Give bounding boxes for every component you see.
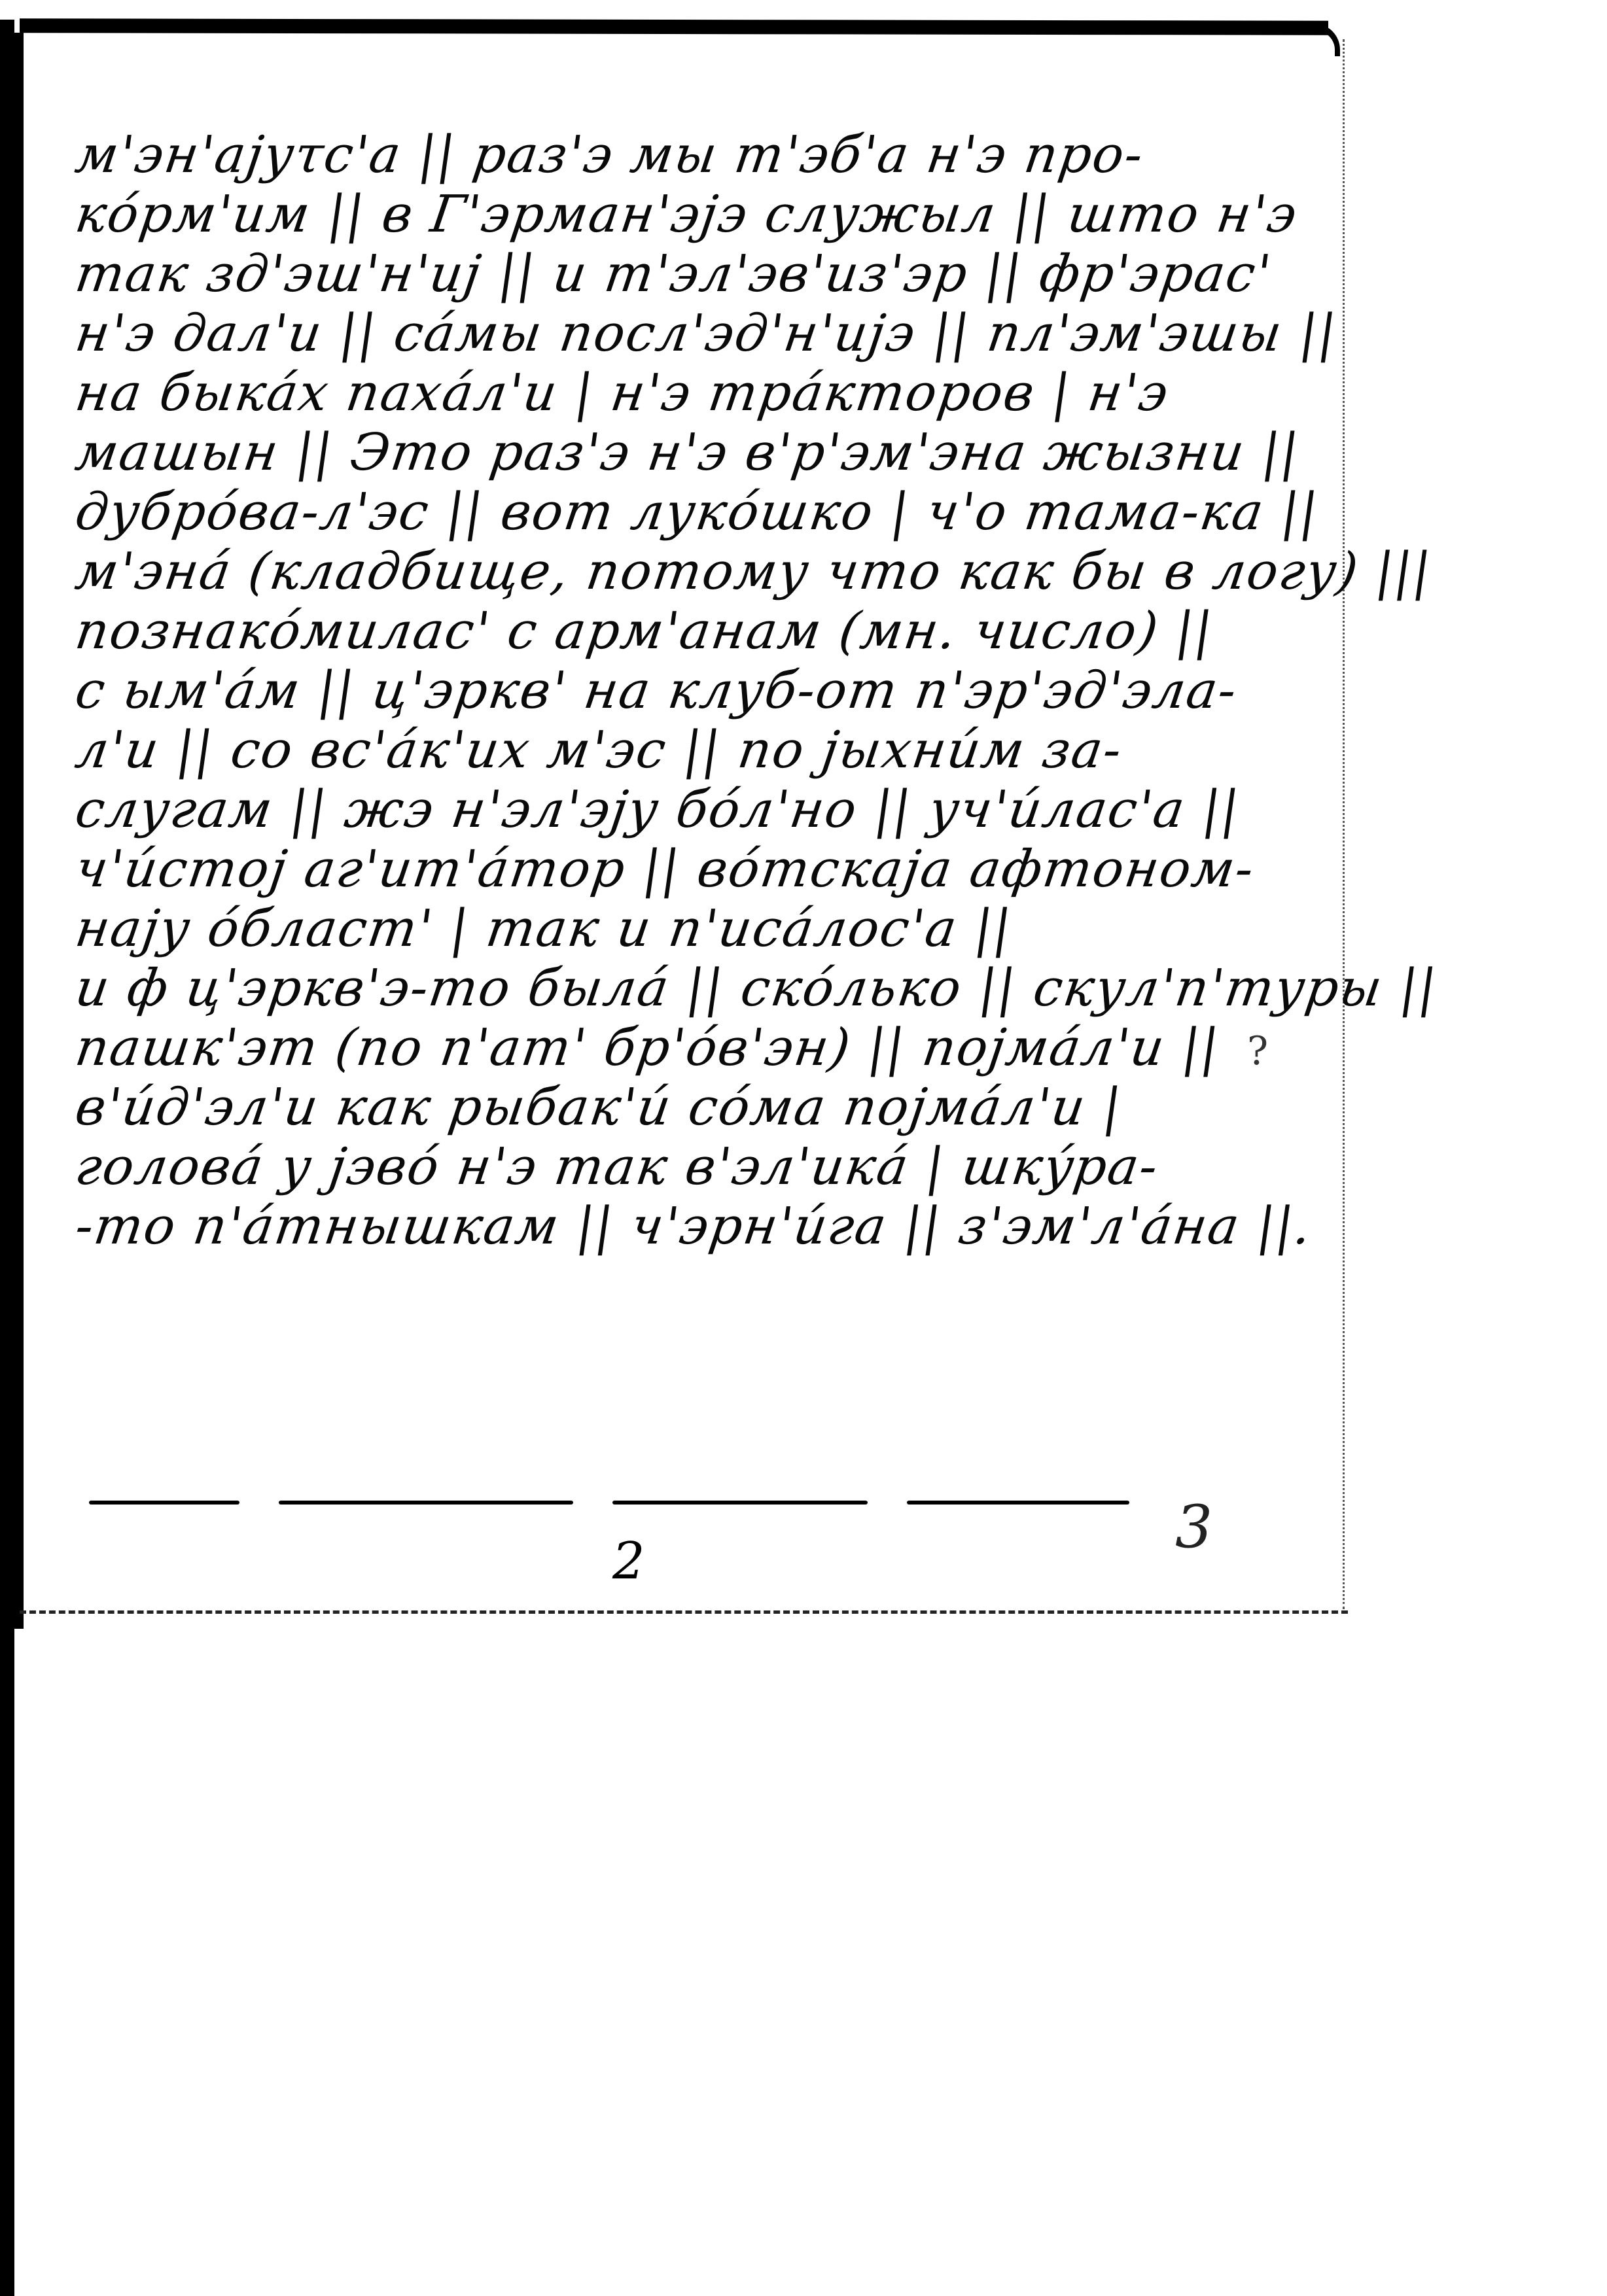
page-bottom-edge: [20, 1610, 1348, 1616]
scan-binding-shadow: [14, 33, 24, 1629]
text-line: машын || Это раз'э н'э в'р'эм'эна жызни …: [72, 423, 1206, 483]
text-line: н'э дал'и || сáмы посл'эд'н'ијэ || пл'эм…: [72, 304, 1206, 364]
text-line: ч'úстој аг'ит'áтор || вóтскаја афтоном-: [72, 840, 1206, 899]
text-line: пашк'эт (по п'ат' бр'óв'эн) || појмáл'и …: [72, 1018, 1206, 1078]
separator-stroke: [89, 1501, 239, 1505]
text-line: слугам || жэ н'эл'эју бóл'но || уч'úлас'…: [72, 780, 1206, 840]
text-line: и ф ц'эркв'э-то былá || скóлько || скул'…: [72, 959, 1206, 1018]
separator-stroke: [907, 1501, 1129, 1505]
text-line: кóрм'им || в Г'эрман'эјэ служыл || што н…: [72, 185, 1206, 245]
sheet-number: 3: [1175, 1493, 1212, 1561]
text-line: в'úд'эл'и как рыбак'ú сóма појмáл'и |: [72, 1078, 1206, 1138]
text-line: л'и || со вс'áк'их м'эс || по јыхнúм за-: [72, 721, 1206, 780]
text-line: с ым'áм || ц'эркв' на клуб-от п'эр'эд'эл…: [72, 661, 1206, 721]
text-line: нају óбласт' | так и п'исáлос'а ||: [72, 899, 1206, 959]
text-line: познакóмилас' с арм'анам (мн. число) ||: [72, 602, 1206, 661]
separator-stroke: [279, 1501, 573, 1505]
text-line: дубрóва-л'эс || вот лукóшко | ч'о тама-к…: [72, 483, 1206, 542]
text-line: так зд'эш'н'иј || и т'эл'эв'из'эр || фр'…: [72, 245, 1206, 304]
scan-top-border: [20, 18, 1328, 35]
separator-stroke: [612, 1501, 868, 1505]
page-number: 2: [612, 1532, 645, 1591]
text-line: м'эн'ајуτс'а || раз'э мы т'эб'а н'э про-: [72, 126, 1206, 185]
text-line: головá у јэвó н'э так в'эл'икá | шкýра-: [72, 1138, 1206, 1197]
margin-question-mark: ?: [1247, 1028, 1268, 1074]
scan-left-border: [0, 20, 14, 2296]
page-right-edge: [1343, 39, 1347, 1609]
text-line: -то п'áтнышкам || ч'эрн'úга || з'эм'л'áн…: [72, 1197, 1206, 1257]
transcription-text: м'эн'ајуτс'а || раз'э мы т'эб'а н'э про-…: [76, 126, 1201, 1257]
text-line: м'эна́ (кладбище, потому что как бы в ло…: [72, 542, 1206, 602]
handwritten-page: м'эн'ајуτс'а || раз'э мы т'эб'а н'э про-…: [24, 34, 1343, 1610]
end-of-text-rules: [89, 1493, 1162, 1512]
text-line: на быкáх пахáл'и | н'э трáкторов | н'э: [72, 364, 1206, 423]
